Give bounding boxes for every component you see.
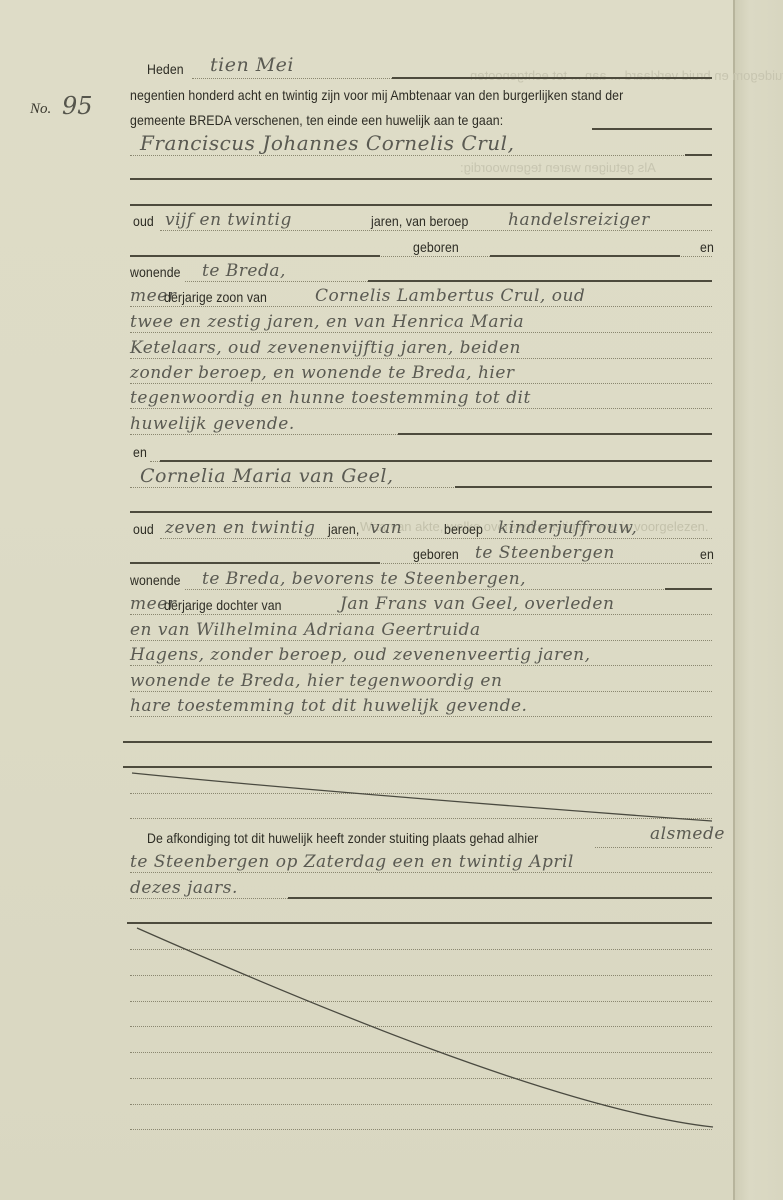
hand-date: tien Mei: [210, 54, 294, 76]
line-empty: [130, 1056, 712, 1082]
print-jaren: jaren,: [328, 521, 359, 537]
hand-bride-name: Cornelia Maria van Geel,: [140, 465, 394, 487]
line-groom-age: oud vijf en twintig jaren, van beroep ha…: [130, 208, 712, 234]
hand-groom-residence: te Breda,: [202, 261, 286, 281]
line-bride-parents-3: Hagens, zonder beroep, oud zevenenveerti…: [130, 643, 712, 669]
print-en: en: [700, 239, 714, 255]
line-heden: Heden tien Mei: [130, 56, 712, 82]
hand-groom-father: Cornelis Lambertus Crul, oud: [315, 286, 585, 306]
line-groom-parents-1: meer derjarige zoon van Cornelis Lambert…: [130, 284, 712, 310]
line-bride-parents-1: meer derjarige dochter van Jan Frans van…: [130, 592, 712, 618]
line-groom-parents-3: Ketelaars, oud zevenenvijftig jaren, bei…: [130, 336, 712, 362]
line-bride-age: oud zeven en twintig jaren, van beroep k…: [130, 516, 712, 542]
line-bride-parents-2: en van Wilhelmina Adriana Geertruida: [130, 618, 712, 644]
hand-bride-parents-3: Hagens, zonder beroep, oud zevenenveerti…: [130, 645, 591, 665]
line-groom-parents-6: huwelijk gevende.: [130, 412, 712, 438]
hand-van: van: [370, 518, 402, 538]
hand-proclamation-3: dezes jaars.: [130, 878, 238, 898]
print-zoon-van: derjarige zoon van: [164, 289, 267, 305]
line-groom-born: geboren en: [130, 234, 712, 260]
hand-groom-occupation: handelsreiziger: [508, 210, 650, 230]
hand-bride-occupation: kinderjuffrouw,: [498, 518, 637, 538]
line-proclamation-3: dezes jaars.: [130, 876, 712, 902]
line-empty: [130, 979, 712, 1005]
hand-bride-residence: te Breda, bevorens te Steenbergen,: [202, 569, 526, 589]
hand-groom-parents-2: twee en zestig jaren, en van Henrica Mar…: [130, 312, 524, 332]
line-empty: [130, 1030, 712, 1056]
print-geboren: geboren: [413, 239, 459, 255]
line-blank-7: [130, 796, 712, 822]
line-blank-8: [130, 901, 712, 927]
line-blank-5: [130, 745, 712, 771]
line-bride-name: Cornelia Maria van Geel,: [130, 465, 712, 491]
line-groom-parents-5: tegenwoordig en hunne toestemming tot di…: [130, 386, 712, 412]
print-en: en: [700, 546, 714, 562]
print-geboren: geboren: [413, 546, 459, 562]
hand-alsmede: alsmede: [650, 824, 725, 844]
print-beroep: beroep: [444, 521, 483, 537]
print-wonende: wonende: [130, 264, 181, 280]
line-en: en: [130, 439, 712, 465]
print-wonende: wonende: [130, 572, 181, 588]
hand-groom-parents-5: tegenwoordig en hunne toestemming tot di…: [130, 388, 531, 408]
print-oud: oud: [133, 213, 154, 229]
hand-proclamation-2: te Steenbergen op Zaterdag een en twinti…: [130, 852, 574, 872]
line-blank-6: [130, 771, 712, 797]
line-bride-parents-5: hare toestemming tot dit huwelijk gevend…: [130, 694, 712, 720]
line-groom-parents-2: twee en zestig jaren, en van Henrica Mar…: [130, 310, 712, 336]
print-line-3: gemeente BREDA verschenen, ten einde een…: [130, 112, 503, 128]
line-blank-2: [130, 183, 712, 209]
print-heden: Heden: [147, 61, 184, 77]
print-dochter-van: derjarige dochter van: [164, 597, 282, 613]
print-jaren-beroep: jaren, van beroep: [371, 213, 468, 229]
line-bride-residence: wonende te Breda, bevorens te Steenberge…: [130, 567, 712, 593]
line-empty: [130, 953, 712, 979]
hand-bride-father: Jan Frans van Geel, overleden: [340, 594, 614, 614]
hand-groom-name: Franciscus Johannes Cornelis Crul,: [140, 131, 514, 155]
line-empty: [130, 927, 712, 953]
line-empty: [130, 1082, 712, 1108]
hand-bride-age: zeven en twintig: [165, 518, 315, 538]
hand-groom-parents-6: huwelijk gevende.: [130, 414, 295, 434]
print-en-separator: en: [133, 444, 147, 460]
line-blank-1: [130, 157, 712, 183]
entry-number: 95: [62, 92, 93, 120]
print-oud: oud: [133, 521, 154, 537]
hand-bride-parents-4: wonende te Breda, hier tegenwoordig en: [130, 671, 502, 691]
hand-bride-parents-2: en van Wilhelmina Adriana Geertruida: [130, 620, 481, 640]
line-groom-parents-4: zonder beroep, en wonende te Breda, hier: [130, 361, 712, 387]
line-bride-parents-4: wonende te Breda, hier tegenwoordig en: [130, 669, 712, 695]
line-bride-born: geboren te Steenbergen en: [130, 541, 712, 567]
line-2: negentien honderd acht en twintig zijn v…: [130, 82, 712, 108]
entry-number-label: No.: [30, 101, 51, 118]
line-3: gemeente BREDA verschenen, ten einde een…: [130, 107, 712, 133]
line-empty: [130, 1107, 712, 1133]
line-groom-residence: wonende te Breda,: [130, 259, 712, 285]
hand-bride-parents-5: hare toestemming tot dit huwelijk gevend…: [130, 696, 527, 716]
print-line-2: negentien honderd acht en twintig zijn v…: [130, 87, 623, 103]
line-proclamation-2: te Steenbergen op Zaterdag een en twinti…: [130, 850, 712, 876]
line-blank-3: [130, 490, 712, 516]
line-empty: [130, 1004, 712, 1030]
hand-groom-age: vijf en twintig: [165, 210, 292, 230]
line-proclamation-1: De afkondiging tot dit huwelijk heeft zo…: [130, 825, 712, 851]
print-proclamation: De afkondiging tot dit huwelijk heeft zo…: [147, 830, 538, 846]
adjacent-page-edge: [735, 0, 783, 1200]
line-blank-4: [130, 720, 712, 746]
hand-bride-birthplace: te Steenbergen: [475, 543, 615, 563]
hand-groom-parents-4: zonder beroep, en wonende te Breda, hier: [130, 363, 515, 383]
line-groom-name: Franciscus Johannes Cornelis Crul,: [130, 133, 712, 159]
hand-groom-parents-3: Ketelaars, oud zevenenvijftig jaren, bei…: [130, 338, 521, 358]
